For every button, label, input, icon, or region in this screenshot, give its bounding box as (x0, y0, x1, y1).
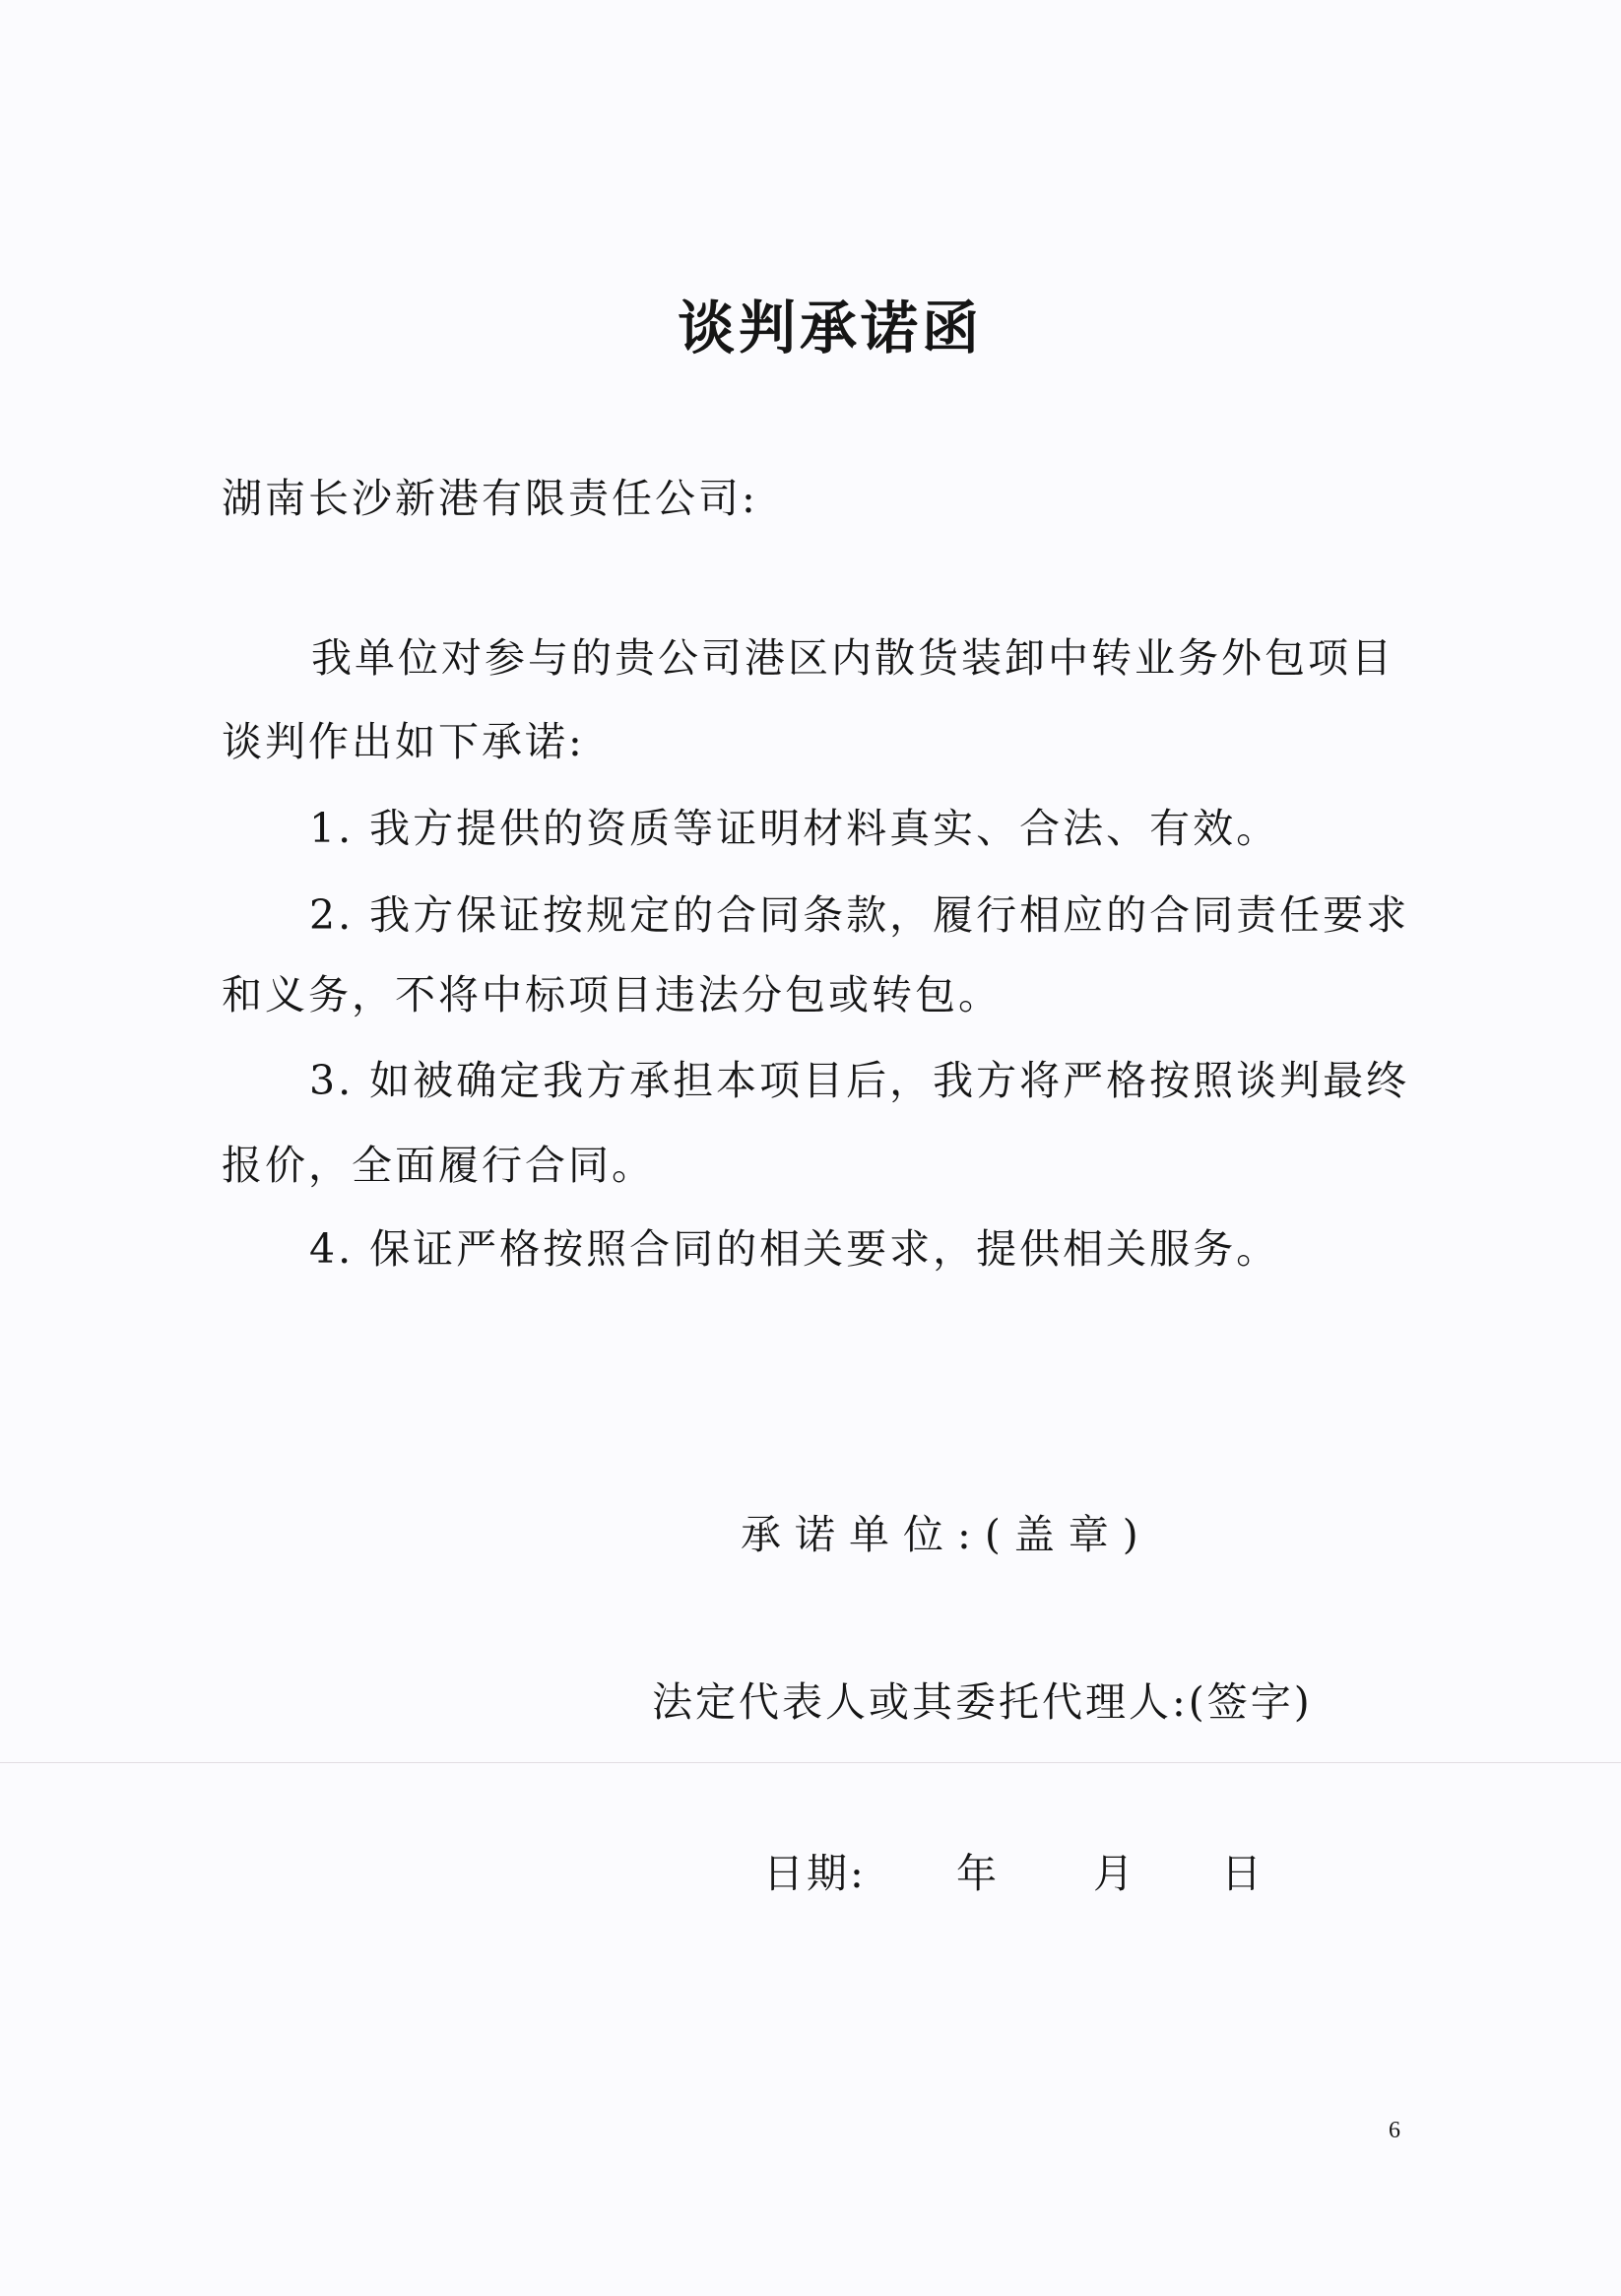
commitment-4: 4. 保证严格按照合同的相关要求，提供相关服务。 (309, 1221, 1279, 1277)
intro-line-2: 谈判作出如下承诺: (222, 714, 585, 769)
commitment-3-line-1: 3. 如被确定我方承担本项目后，我方将严格按照谈判最终 (309, 1053, 1409, 1108)
date-year: 年 (956, 1846, 1000, 1901)
date-month: 月 (1093, 1846, 1136, 1901)
commitment-1: 1. 我方提供的资质等证明材料真实、合法、有效。 (309, 801, 1279, 856)
page-number: 6 (1389, 2118, 1400, 2144)
commitment-2-line-2: 和义务，不将中标项目违法分包或转包。 (222, 967, 1002, 1022)
date-label: 日期: (763, 1846, 867, 1901)
salutation: 湖南长沙新港有限责任公司: (222, 471, 758, 526)
document-title: 谈判承诺函 (0, 294, 1621, 362)
scan-divider-line (0, 1762, 1621, 1763)
intro-line-1: 我单位对参与的贵公司港区内散货装卸中转业务外包项目 (311, 630, 1394, 686)
signature-unit-label: 承诺单位:(盖章) (741, 1507, 1152, 1562)
signature-representative-label: 法定代表人或其委托代理人:(签字) (652, 1674, 1313, 1730)
document-page: 谈判承诺函 湖南长沙新港有限责任公司: 我单位对参与的贵公司港区内散货装卸中转业… (0, 0, 1621, 2296)
date-day: 日 (1221, 1846, 1264, 1901)
commitment-2-line-1: 2. 我方保证按规定的合同条款，履行相应的合同责任要求 (309, 887, 1409, 943)
commitment-3-line-2: 报价，全面履行合同。 (222, 1138, 655, 1193)
